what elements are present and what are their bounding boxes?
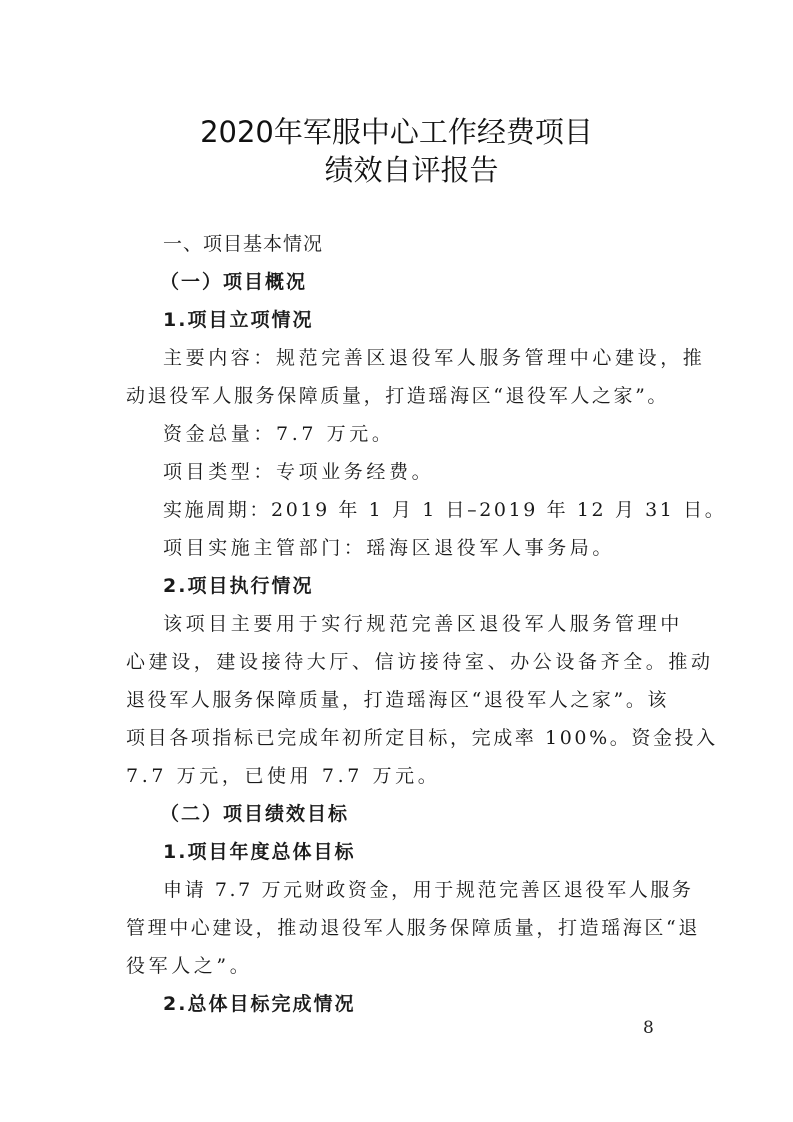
document-page: 2020年军服中心工作经费项目 绩效自评报告 一、项目基本情况 （一）项目概况 … (0, 0, 793, 1122)
title-text: 年军服中心工作经费项目 (274, 115, 593, 149)
subsection-heading-overview: （一）项目概况 (160, 270, 307, 294)
document-title-line-1: 2020年军服中心工作经费项目 (0, 110, 793, 151)
paragraph-execution-line-5: 7.7 万元，已使用 7.7 万元。 (126, 764, 440, 788)
paragraph-goal-line-1: 申请 7.7 万元财政资金，用于规范完善区退役军人服务 (163, 878, 694, 902)
supervising-department: 项目实施主管部门：瑶海区退役军人事务局。 (163, 536, 615, 560)
paragraph-main-content-line-1: 主要内容：规范完善区退役军人服务管理中心建设，推 (163, 346, 705, 370)
paragraph-goal-line-2: 管理中心建设，推动退役军人服务保障质量，打造瑶海区“退 (126, 916, 700, 940)
paragraph-execution-line-4: 项目各项指标已完成年初所定目标，完成率 100%。资金投入 (126, 726, 718, 750)
project-type: 项目类型：专项业务经费。 (163, 460, 434, 484)
item-heading-project-approval: 1.项目立项情况 (163, 308, 313, 332)
paragraph-execution-line-2: 心建设，建设接待大厅、信访接待室、办公设备齐全。推动 (126, 650, 714, 674)
page-number: 8 (643, 1018, 654, 1038)
item-heading-goal-completion: 2.总体目标完成情况 (163, 992, 355, 1016)
section-heading-basic-info: 一、项目基本情况 (163, 232, 323, 256)
paragraph-execution-line-3: 退役军人服务保障质量，打造瑶海区“退役军人之家”。该 (126, 688, 669, 712)
paragraph-execution-line-1: 该项目主要用于实行规范完善区退役军人服务管理中 (163, 612, 683, 636)
paragraph-main-content-line-2: 动退役军人服务保障质量，打造瑶海区“退役军人之家”。 (126, 384, 669, 408)
subsection-heading-performance-goals: （二）项目绩效目标 (160, 802, 349, 826)
fund-total: 资金总量：7.7 万元。 (163, 422, 394, 446)
document-title-line-2: 绩效自评报告 (0, 148, 793, 189)
implementation-period: 实施周期：2019 年 1 月 1 日–2019 年 12 月 31 日。 (163, 498, 726, 522)
item-heading-annual-goal: 1.项目年度总体目标 (163, 840, 355, 864)
title-year: 2020 (200, 115, 274, 149)
paragraph-goal-line-3: 役军人之”。 (126, 954, 252, 978)
item-heading-execution: 2.项目执行情况 (163, 574, 313, 598)
